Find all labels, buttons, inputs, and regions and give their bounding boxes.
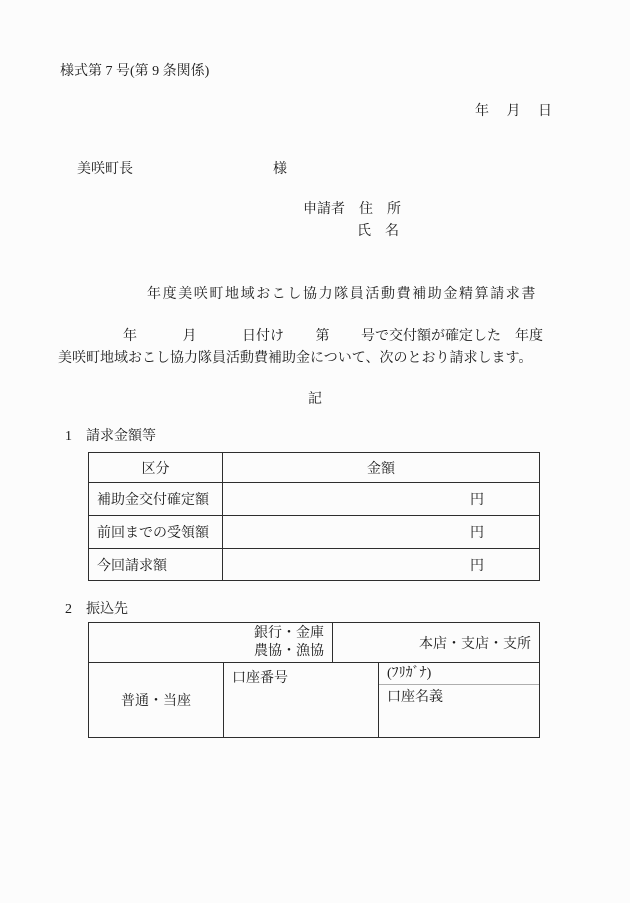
amount-table-header-amount: 金額 (223, 453, 539, 483)
amount-table-header-category: 区分 (89, 453, 223, 483)
form-number: 様式第 7 号(第 9 条関係) (60, 63, 209, 81)
applicant-name-line: 氏 名 (357, 223, 399, 241)
account-number-label: 口座番号 (224, 663, 379, 737)
account-name-cell: (ﾌﾘｶﾞﾅ) 口座名義 (379, 663, 539, 737)
transfer-table: 銀行・金庫 農協・漁協 本店・支店・支所 普通・当座 口座番号 (ﾌﾘｶﾞﾅ) … (88, 622, 540, 738)
account-type-label: 普通・当座 (89, 663, 224, 737)
section-2-heading: 2 振込先 (65, 601, 128, 619)
bank-type-line-1: 銀行・金庫 (254, 626, 324, 641)
date-line: 年 月 日 (475, 103, 552, 121)
amount-row-value-current: 円 (223, 549, 539, 580)
addressee: 美咲町長 (77, 161, 133, 179)
body-line-2: 美咲町地域おこし協力隊員活動費補助金について、次のとおり請求します。 (58, 350, 532, 368)
ki-marker: 記 (0, 391, 630, 409)
amount-row-label-current: 今回請求額 (89, 549, 223, 580)
bank-type-cell: 銀行・金庫 農協・漁協 (89, 623, 333, 663)
bank-type-line-2: 農協・漁協 (254, 644, 324, 659)
amount-table: 区分 金額 補助金交付確定額 円 前回までの受領額 円 今回請求額 円 (88, 452, 540, 581)
amount-row-value-confirmed: 円 (223, 483, 539, 516)
addressee-honorific: 様 (273, 161, 287, 179)
document-title: 年度美咲町地域おこし協力隊員活動費補助金精算請求書 (147, 286, 537, 304)
furigana-label: (ﾌﾘｶﾞﾅ) (379, 663, 539, 685)
body-line-1: 年 月 日付け 第 号で交付額が確定した 年度 (123, 328, 543, 346)
amount-row-label-confirmed: 補助金交付確定額 (89, 483, 223, 516)
account-name-label: 口座名義 (379, 685, 547, 707)
document-page: 様式第 7 号(第 9 条関係) 年 月 日 美咲町長 様 申請者 住 所 氏 … (0, 0, 630, 903)
amount-row-value-received: 円 (223, 516, 539, 549)
section-1-heading: 1 請求金額等 (65, 428, 156, 446)
applicant-address-line: 申請者 住 所 (303, 201, 401, 219)
branch-label: 本店・支店・支所 (333, 623, 539, 663)
amount-row-label-received: 前回までの受領額 (89, 516, 223, 549)
